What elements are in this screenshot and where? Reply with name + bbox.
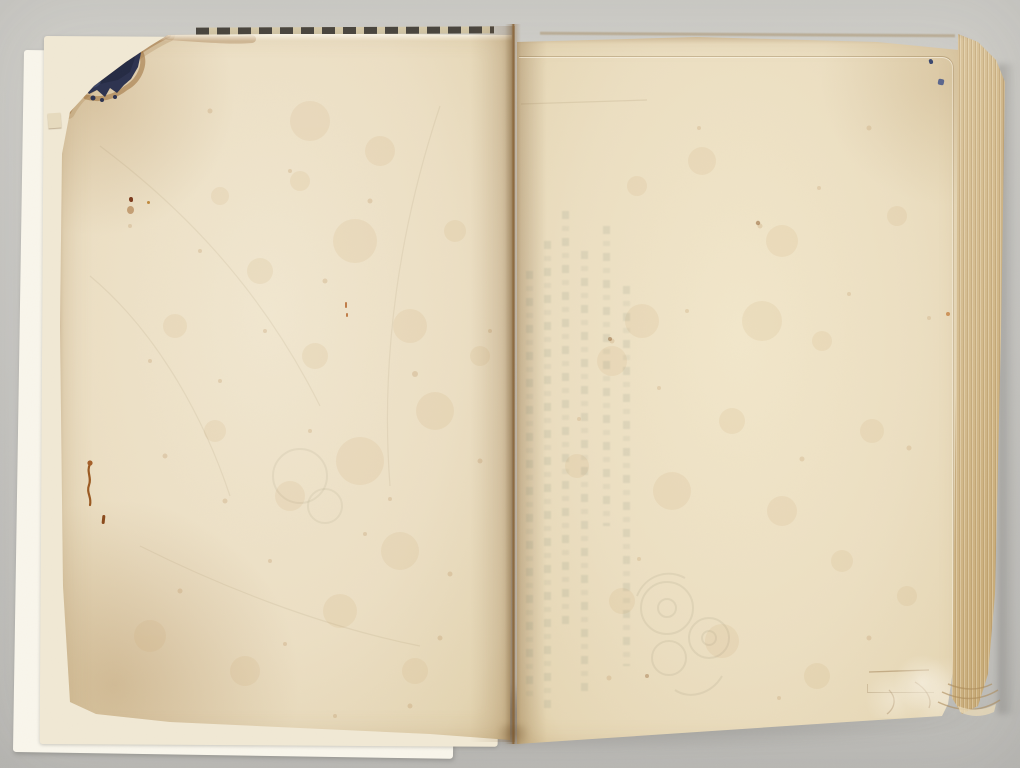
red-ink-speck <box>129 197 133 202</box>
rust-dot-fore-edge <box>946 312 950 316</box>
photo-open-book <box>0 0 1020 768</box>
tear-notch <box>47 113 61 129</box>
orange-dot <box>147 201 150 204</box>
text-showthrough-column <box>544 241 551 711</box>
right-page <box>517 36 965 746</box>
stacked-page-top-edge <box>540 32 955 38</box>
text-showthrough-column <box>603 226 610 526</box>
left-page <box>60 26 514 742</box>
stacked-corner-page-edges <box>928 640 1014 716</box>
gutter-bottom-shadow <box>496 724 530 748</box>
text-showthrough-column <box>526 271 533 701</box>
brown-spot <box>127 206 134 214</box>
printed-dashed-edge <box>196 26 494 34</box>
rust-squiggle <box>87 460 92 505</box>
gutter <box>505 24 521 744</box>
text-showthrough-column <box>562 211 569 631</box>
text-showthrough-column <box>581 251 588 691</box>
left-page-decor <box>60 26 514 742</box>
text-showthrough-column <box>623 286 630 666</box>
